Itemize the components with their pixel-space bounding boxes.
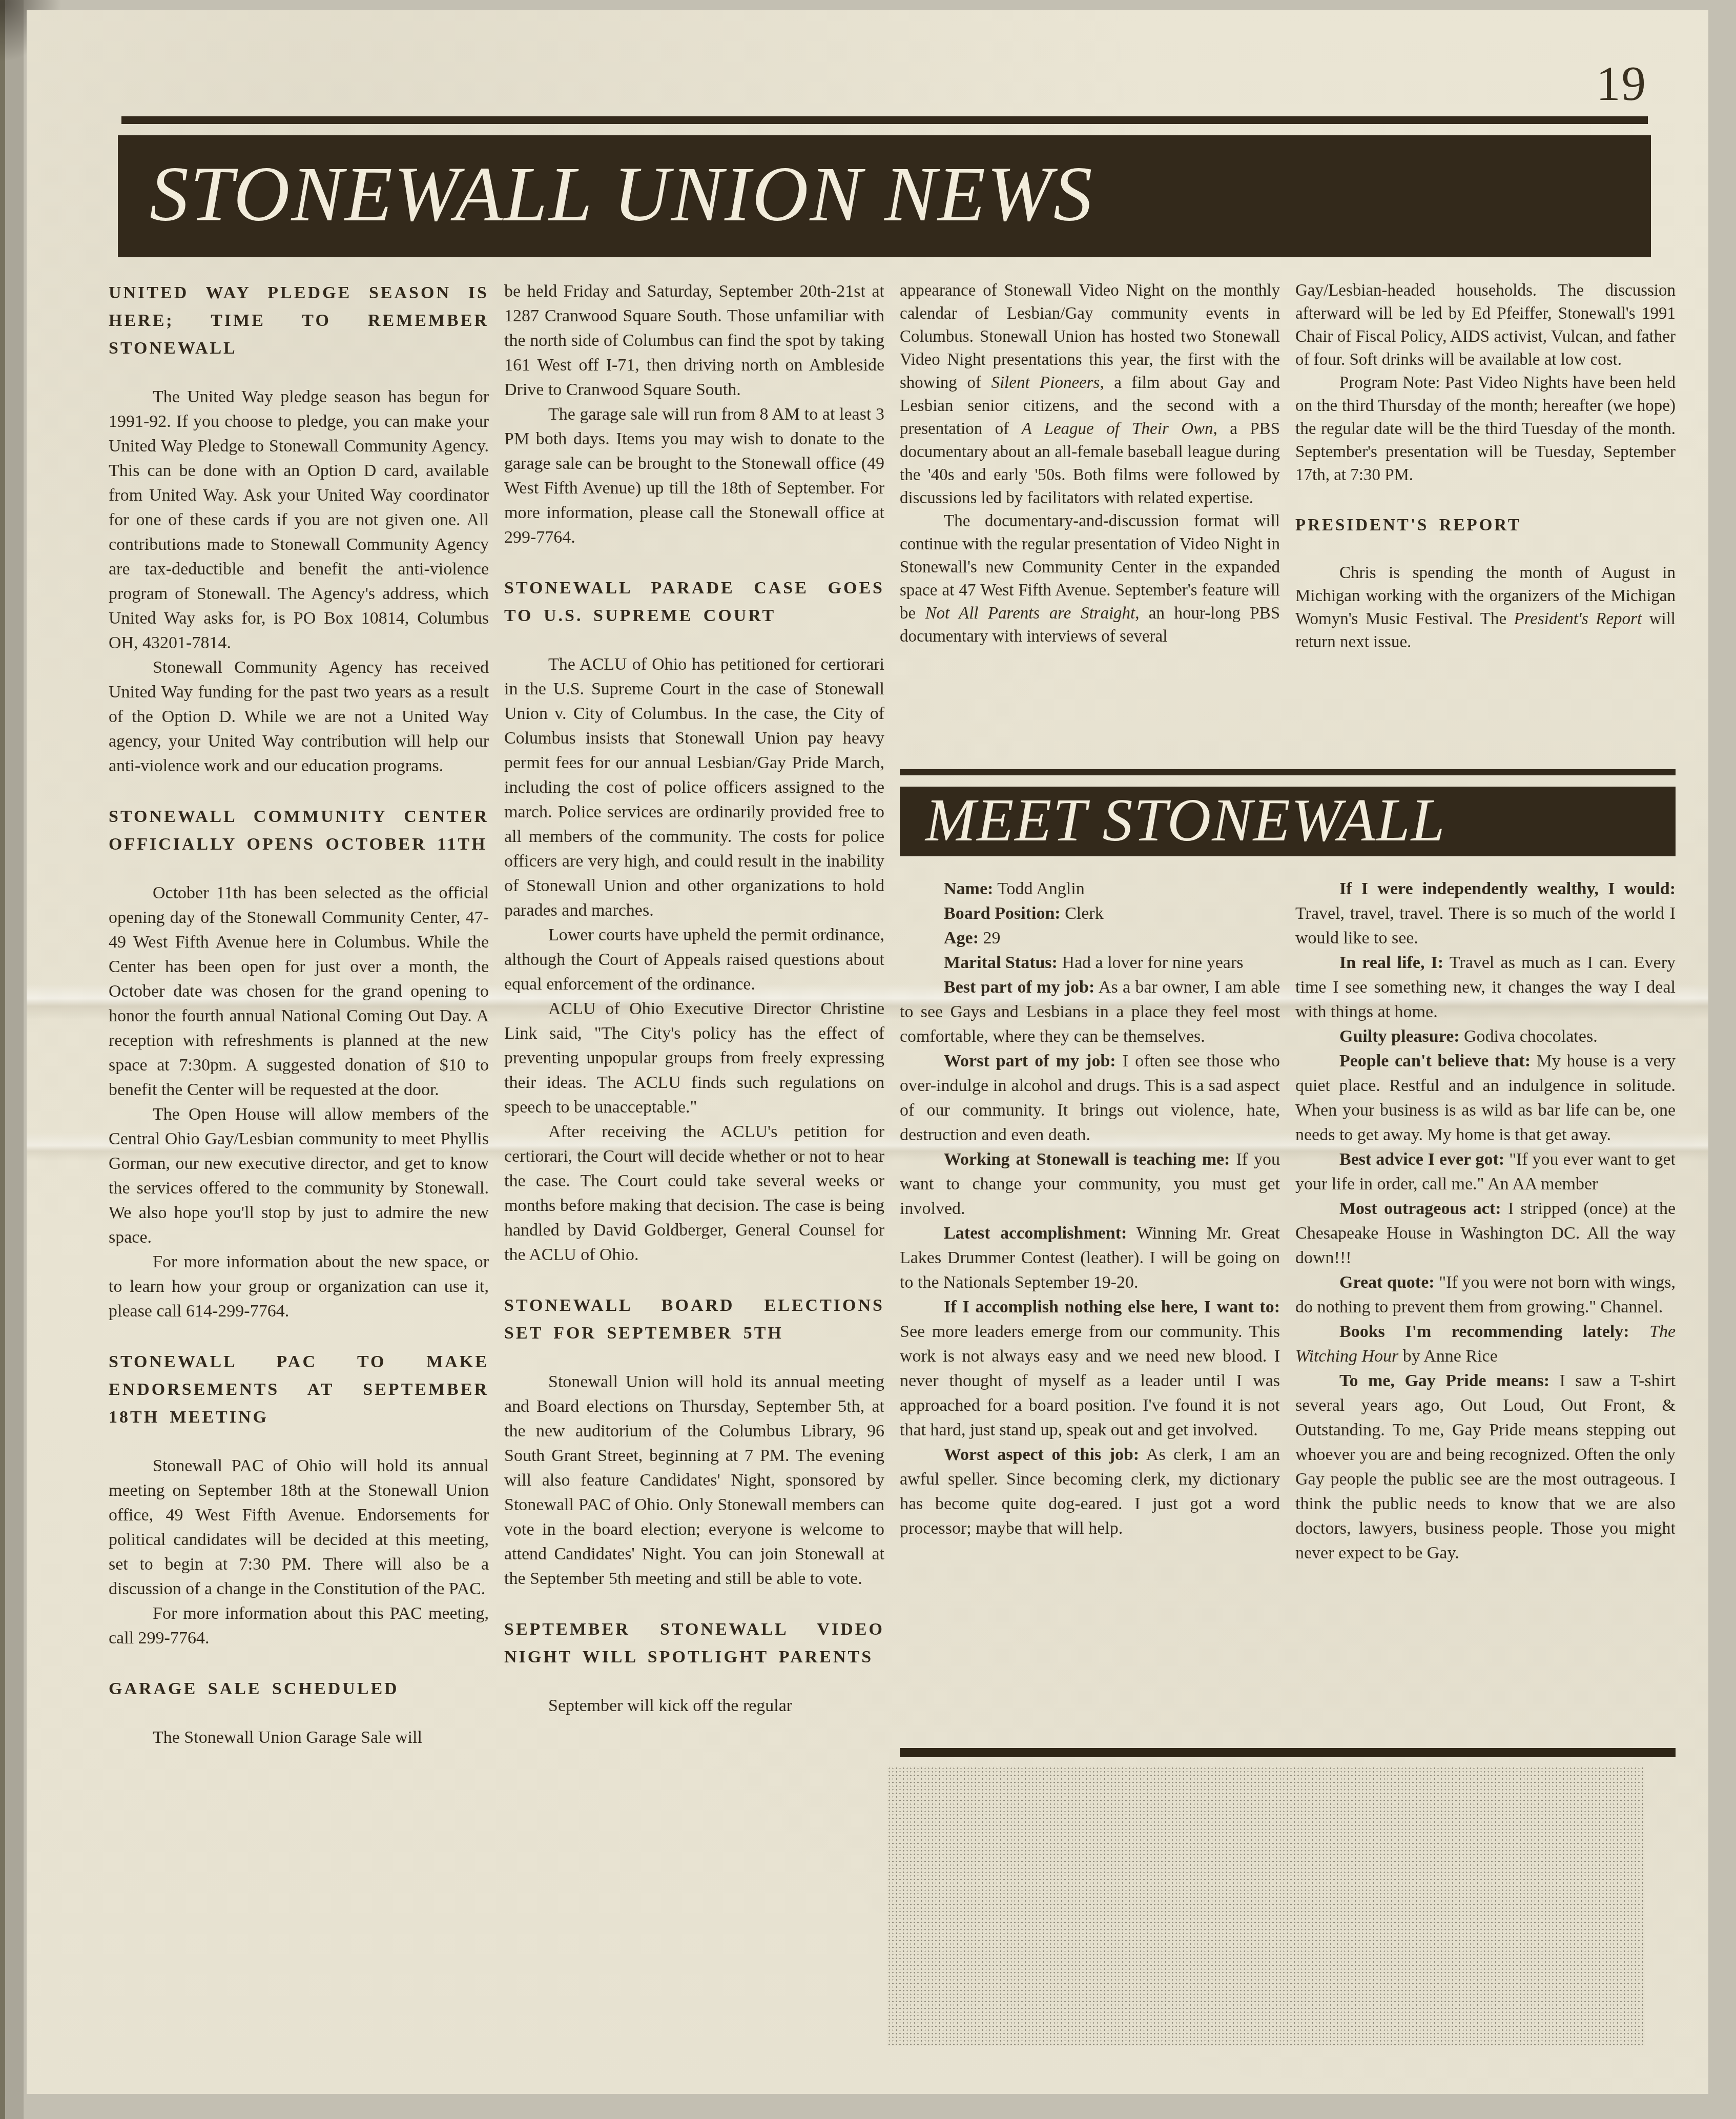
- main-banner: STONEWALL UNION NEWS: [118, 135, 1651, 257]
- meet-section-divider: [900, 769, 1676, 775]
- profile-field: Worst part of my job: I often see those …: [900, 1049, 1280, 1147]
- profile-field: If I were independently wealthy, I would…: [1295, 877, 1676, 951]
- meet-column-right: If I were independently wealthy, I would…: [1295, 877, 1676, 1748]
- section-heading: STONEWALL BOARD ELECTIONS SET FOR SEPTEM…: [504, 1292, 884, 1347]
- paragraph: appearance of Stonewall Video Night on t…: [900, 279, 1280, 510]
- paragraph: The garage sale will run from 8 AM to at…: [504, 402, 884, 550]
- profile-field: Worst aspect of this job: As clerk, I am…: [900, 1443, 1280, 1541]
- news-column-3: appearance of Stonewall Video Night on t…: [900, 279, 1280, 766]
- meet-banner: MEET STONEWALL: [900, 787, 1676, 856]
- section-heading: PRESIDENT'S REPORT: [1295, 511, 1676, 539]
- section-heading: STONEWALL PAC TO MAKE ENDORSEMENTS AT SE…: [109, 1348, 489, 1431]
- right-half: appearance of Stonewall Video Night on t…: [900, 279, 1676, 2046]
- section-heading: SEPTEMBER STONEWALL VIDEO NIGHT WILL SPO…: [504, 1616, 884, 1671]
- meet-column-left: Name: Todd Anglin Board Position: Clerk …: [900, 877, 1280, 1748]
- profile-field: Great quote: "If you were not born with …: [1295, 1270, 1676, 1320]
- page-number: 19: [1596, 55, 1647, 112]
- profile-field: Age: 29: [900, 926, 1280, 951]
- news-column-2: be held Friday and Saturday, September 2…: [504, 279, 884, 2046]
- profile-field: Board Position: Clerk: [900, 901, 1280, 926]
- paragraph: Gay/Lesbian-headed households. The discu…: [1295, 279, 1676, 372]
- paragraph: Stonewall Community Agency has received …: [109, 655, 489, 778]
- top-divider: [121, 116, 1648, 124]
- page-content: UNITED WAY PLEDGE SEASON IS HERE; TIME T…: [109, 279, 1676, 2046]
- profile-field: In real life, I: Travel as much as I can…: [1295, 951, 1676, 1024]
- paragraph: Stonewall Union will hold its annual mee…: [504, 1370, 884, 1591]
- paragraph: Lower courts have upheld the permit ordi…: [504, 923, 884, 997]
- paragraph: For more information about this PAC meet…: [109, 1601, 489, 1651]
- paragraph: For more information about the new space…: [109, 1250, 489, 1324]
- section-heading: GARAGE SALE SCHEDULED: [109, 1675, 489, 1703]
- profile-field: Books I'm recommending lately: The Witch…: [1295, 1320, 1676, 1369]
- paragraph: The Open House will allow members of the…: [109, 1102, 489, 1250]
- section-heading: UNITED WAY PLEDGE SEASON IS HERE; TIME T…: [109, 279, 489, 362]
- profile-field: Guilty pleasure: Godiva chocolates.: [1295, 1024, 1676, 1049]
- halftone-photo-placeholder: [887, 1766, 1645, 2046]
- section-heading: STONEWALL PARADE CASE GOES TO U.S. SUPRE…: [504, 574, 884, 630]
- paragraph: The documentary-and-discussion format wi…: [900, 510, 1280, 648]
- profile-field: Best advice I ever got: "If you ever wan…: [1295, 1147, 1676, 1197]
- paragraph: be held Friday and Saturday, September 2…: [504, 279, 884, 402]
- newsletter-page: 19 STONEWALL UNION NEWS UNITED WAY PLEDG…: [27, 10, 1708, 2094]
- news-column-4: Gay/Lesbian-headed households. The discu…: [1295, 279, 1676, 766]
- profile-field: Marital Status: Had a lover for nine yea…: [900, 951, 1280, 975]
- profile-field: People can't believe that: My house is a…: [1295, 1049, 1676, 1147]
- main-banner-title: STONEWALL UNION NEWS: [150, 151, 1094, 237]
- profile-field: Name: Todd Anglin: [900, 877, 1280, 901]
- paragraph: After receiving the ACLU's petition for …: [504, 1120, 884, 1267]
- meet-banner-title: MEET STONEWALL: [925, 787, 1445, 854]
- paragraph: October 11th has been selected as the of…: [109, 881, 489, 1102]
- news-column-1: UNITED WAY PLEDGE SEASON IS HERE; TIME T…: [109, 279, 489, 2046]
- profile-field: To me, Gay Pride means: I saw a T-shirt …: [1295, 1369, 1676, 1566]
- paragraph: Stonewall PAC of Ohio will hold its annu…: [109, 1454, 489, 1601]
- section-heading: STONEWALL COMMUNITY CENTER OFFICIALLY OP…: [109, 803, 489, 858]
- paragraph: Program Note: Past Video Nights have bee…: [1295, 372, 1676, 487]
- profile-field: Working at Stonewall is teaching me: If …: [900, 1147, 1280, 1221]
- paragraph: The Stonewall Union Garage Sale will: [109, 1725, 489, 1750]
- bottom-divider: [900, 1748, 1676, 1757]
- paragraph: Chris is spending the month of August in…: [1295, 562, 1676, 654]
- paragraph: September will kick off the regular: [504, 1694, 884, 1718]
- paragraph: The United Way pledge season has begun f…: [109, 385, 489, 655]
- paragraph: The ACLU of Ohio has petitioned for cert…: [504, 652, 884, 923]
- paragraph: ACLU of Ohio Executive Director Christin…: [504, 997, 884, 1120]
- profile-field: Latest accomplishment: Winning Mr. Great…: [900, 1221, 1280, 1295]
- profile-field: Best part of my job: As a bar owner, I a…: [900, 975, 1280, 1049]
- profile-field: If I accomplish nothing else here, I wan…: [900, 1295, 1280, 1443]
- profile-field: Most outrageous act: I stripped (once) a…: [1295, 1197, 1676, 1270]
